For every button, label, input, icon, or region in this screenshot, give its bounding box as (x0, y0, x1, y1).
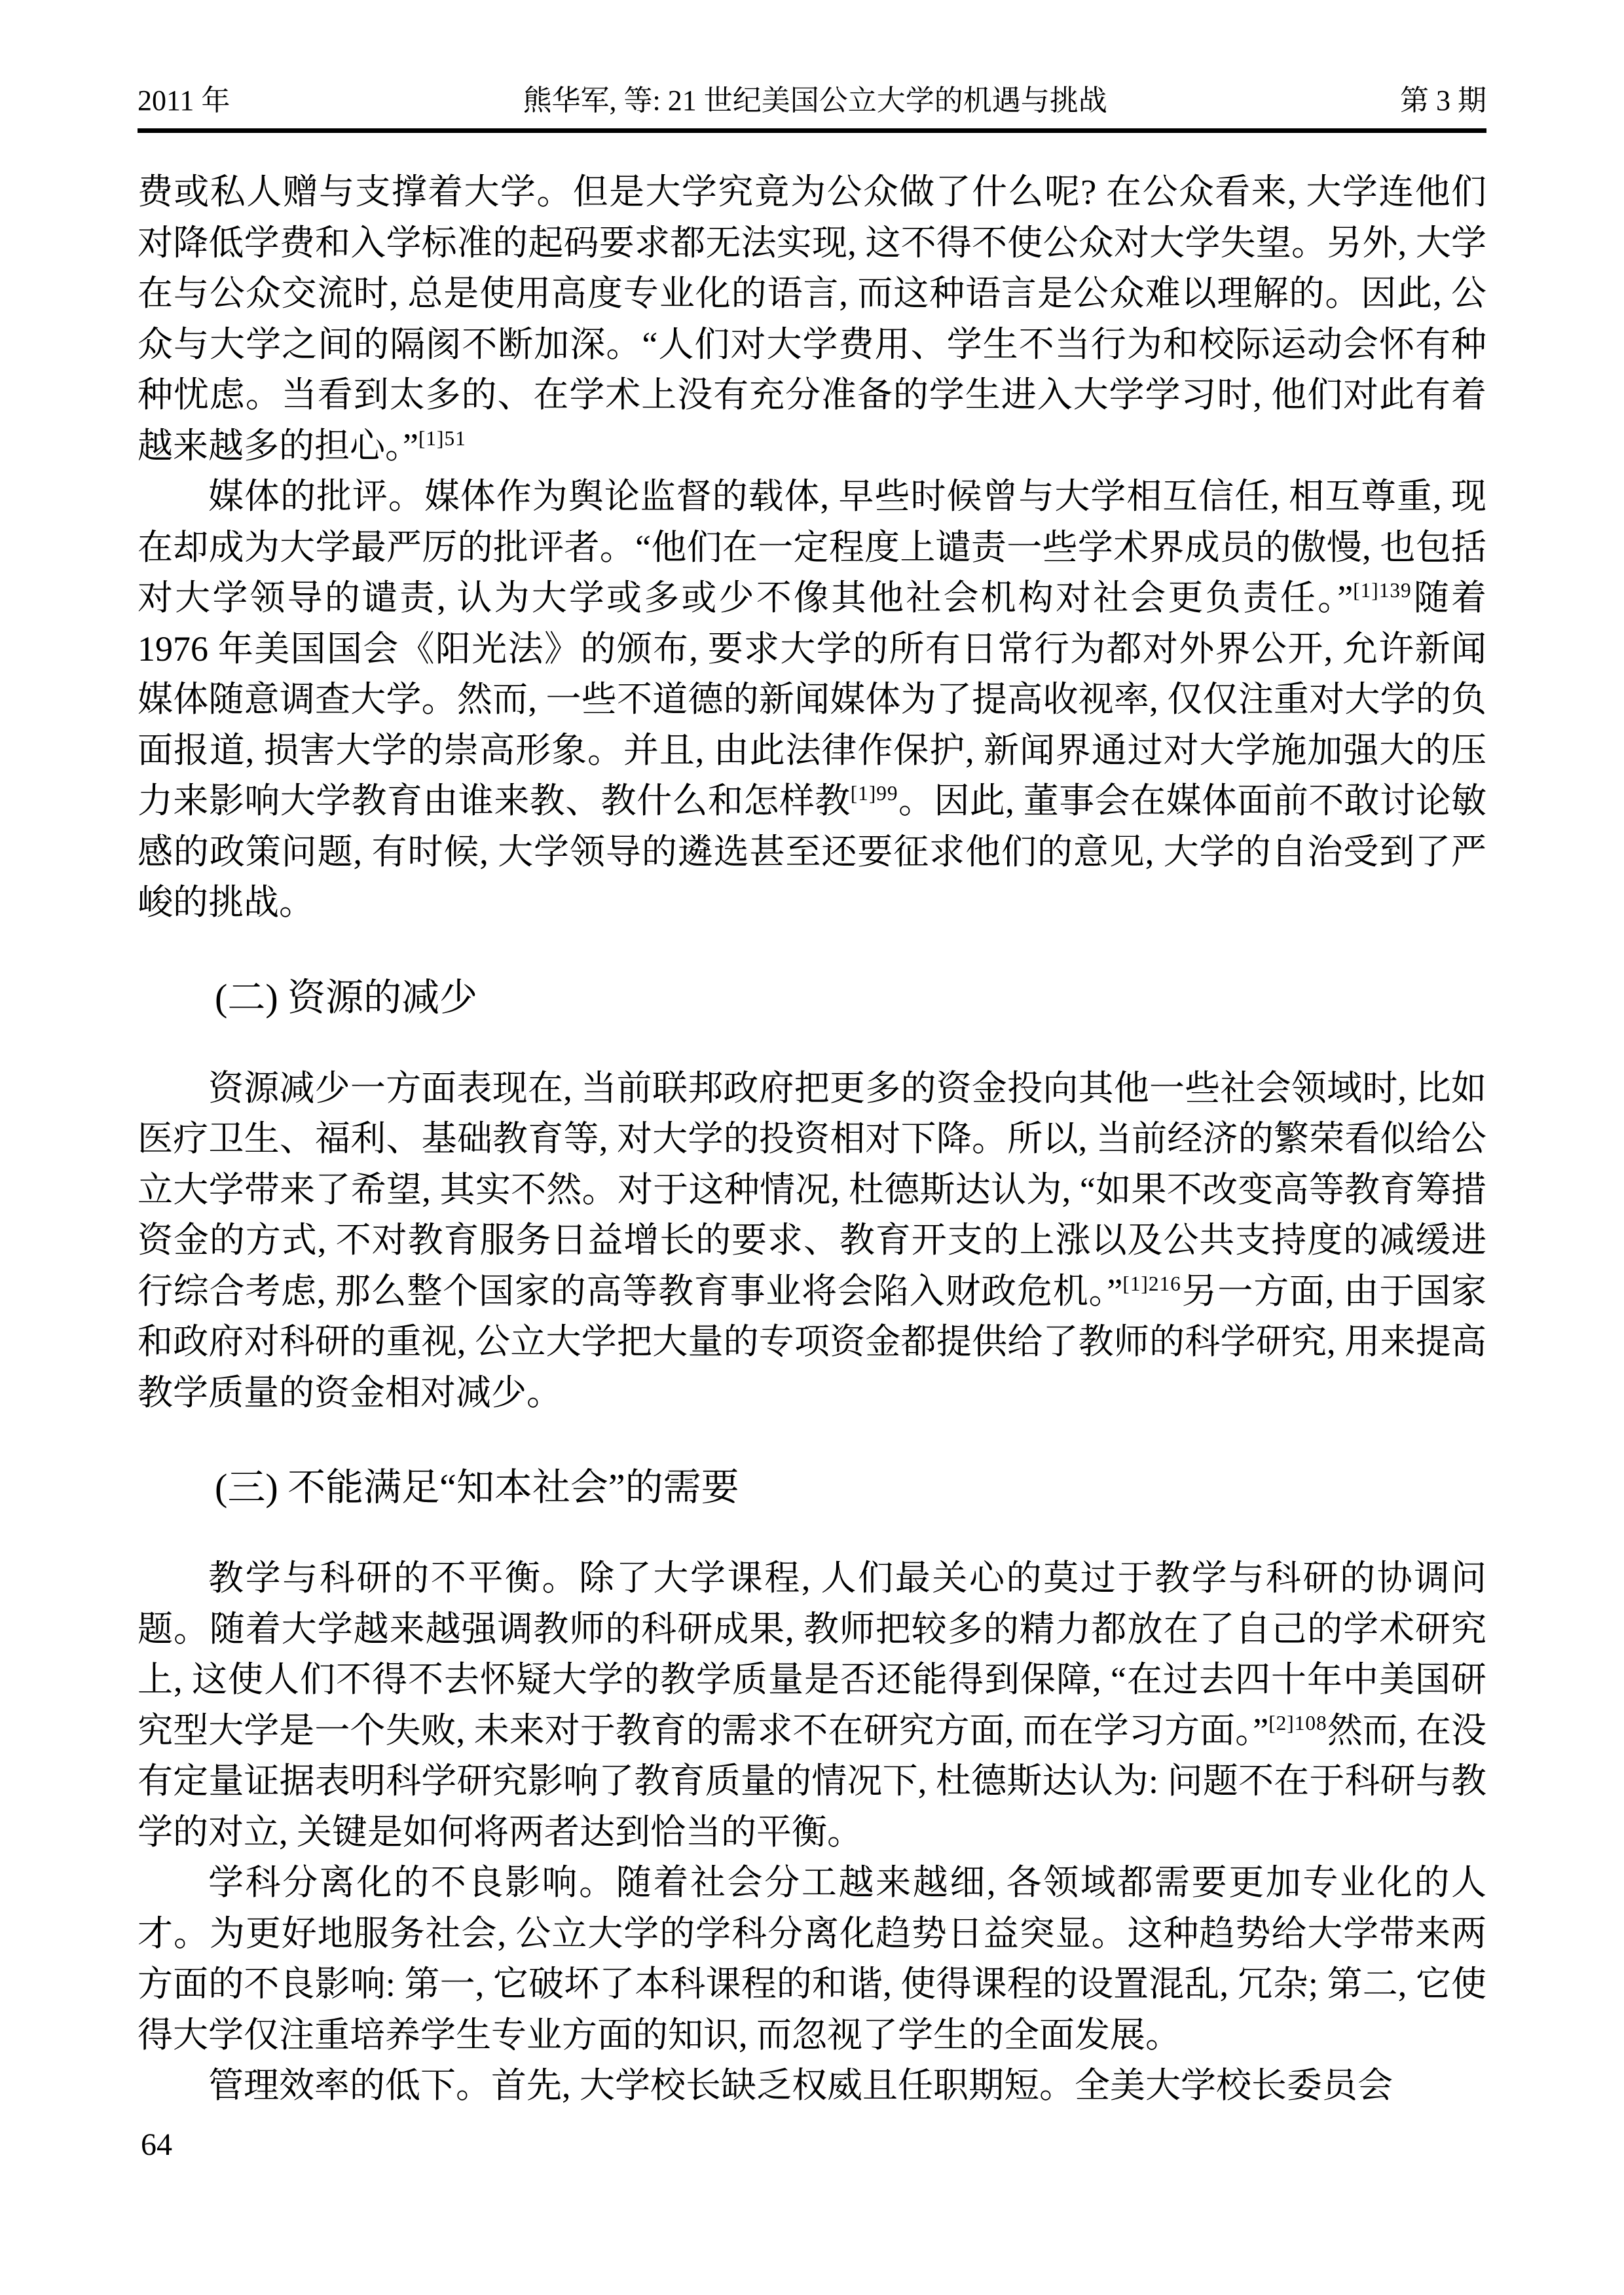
paragraph-continued: 费或私人赠与支撑着大学。但是大学究竟为公众做了什么呢? 在公众看来, 大学连他们… (138, 167, 1486, 471)
paragraph-management-efficiency: 管理效率的低下。首先, 大学校长缺乏权威且任职期短。全美大学校长委员会 (138, 2061, 1486, 2112)
citation-superscript: [2]108 (1268, 1712, 1327, 1735)
header-divider-rule (138, 128, 1486, 133)
paragraph-teaching-research-imbalance: 教学与科研的不平衡。除了大学课程, 人们最关心的莫过于教学与科研的协调问题。随着… (138, 1553, 1486, 1858)
citation-superscript: [1]99 (851, 782, 898, 805)
section-heading-knowledge-society: (三) 不能满足“知本社会”的需要 (215, 1461, 1486, 1514)
citation-superscript: [1]139 (1353, 579, 1411, 602)
header-issue-number: 第 3 期 (1400, 84, 1486, 118)
journal-page: 2011 年 熊华军, 等: 21 世纪美国公立大学的机遇与挑战 第 3 期 费… (0, 0, 1624, 2295)
header-year: 2011 年 (138, 84, 230, 118)
running-header: 2011 年 熊华军, 等: 21 世纪美国公立大学的机遇与挑战 第 3 期 (138, 84, 1486, 118)
citation-superscript: [1]51 (418, 427, 466, 450)
paragraph-discipline-separation: 学科分离化的不良影响。随着社会分工越来越细, 各领域都需要更加专业化的人才。为更… (138, 1858, 1486, 2061)
header-running-title: 熊华军, 等: 21 世纪美国公立大学的机遇与挑战 (230, 84, 1400, 118)
paragraph-resources-decline: 资源减少一方面表现在, 当前联邦政府把更多的资金投向其他一些社会领域时, 比如医… (138, 1063, 1486, 1419)
article-body: 费或私人赠与支撑着大学。但是大学究竟为公众做了什么呢? 在公众看来, 大学连他们… (138, 167, 1486, 2112)
citation-superscript: [1]216 (1122, 1272, 1181, 1295)
section-heading-resources-decline: (二) 资源的减少 (215, 972, 1486, 1024)
page-number: 64 (141, 2127, 172, 2163)
paragraph-media-criticism: 媒体的批评。媒体作为舆论监督的载体, 早些时候曾与大学相互信任, 相互尊重, 现… (138, 471, 1486, 928)
